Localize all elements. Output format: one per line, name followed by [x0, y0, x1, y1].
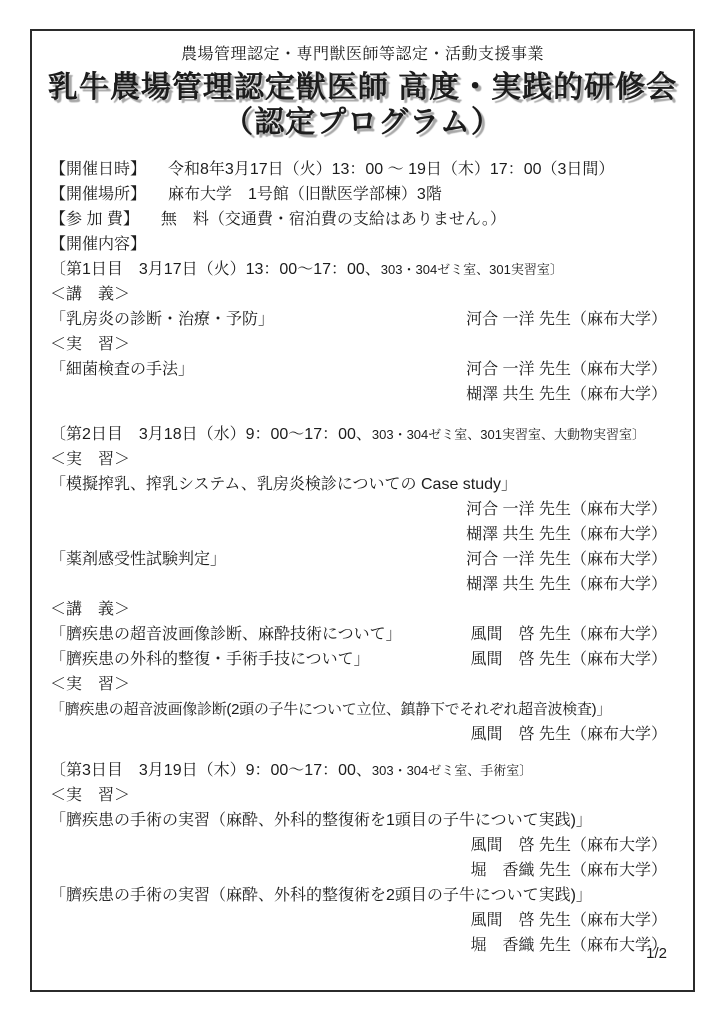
- session-row: 楜澤 共生 先生（麻布大学）: [50, 522, 667, 547]
- session-row: 「細菌検査の手法」河合 一洋 先生（麻布大学）: [50, 357, 667, 382]
- instructor-name: 風間 啓 先生（麻布大学）: [471, 908, 667, 933]
- document-title-line2: （認定プログラム）: [32, 105, 693, 140]
- day3-section: 〔第3日目 3月19日（木）9：00～17：00、303・304ゼミ室、手術室〕…: [50, 758, 667, 958]
- instructor-name: 風間 啓 先生（麻布大学）: [471, 647, 667, 672]
- info-row-fee: 【参 加 費】無 料（交通費・宿泊費の支給はありません。）: [50, 207, 667, 232]
- marker-label: ＜講 義＞: [50, 282, 130, 307]
- session-row: 風間 啓 先生（麻布大学）: [50, 833, 667, 858]
- day-header-rooms: 303・304ゼミ室、手術室〕: [372, 763, 532, 778]
- instructor-name: 楜澤 共生 先生（麻布大学）: [466, 572, 667, 597]
- session-row: 河合 一洋 先生（麻布大学）: [50, 497, 667, 522]
- day-header-rooms: 303・304ゼミ室、301実習室、大動物実習室〕: [372, 427, 645, 442]
- day1-section: 〔第1日目 3月17日（火）13：00～17：00、303・304ゼミ室、301…: [50, 257, 667, 407]
- session-row: 「模擬搾乳、搾乳システム、乳房炎検診についての Case study」: [50, 472, 667, 497]
- section-marker: ＜実 習＞: [50, 783, 667, 808]
- day-header-main: 〔第3日目 3月19日（木）9：00～17：00、: [50, 762, 372, 779]
- session-title: 「模擬搾乳、搾乳システム、乳房炎検診についての Case study」: [50, 472, 517, 497]
- session-row: 「臍疾患の超音波画像診断(2頭の子牛について立位、鎮静下でそれぞれ超音波検査)」: [50, 697, 667, 722]
- instructor-name: 河合 一洋 先生（麻布大学）: [466, 307, 667, 332]
- session-title: 「乳房炎の診断・治療・予防」: [50, 307, 274, 332]
- instructor-name: 堀 香織 先生（麻布大学）: [471, 858, 667, 883]
- day-header-main: 〔第2日目 3月18日（水）9：00～17：00、: [50, 426, 372, 443]
- section-marker: ＜実 習＞: [50, 447, 667, 472]
- info-label: 【開催日時】: [50, 157, 146, 182]
- day3-header: 〔第3日目 3月19日（木）9：00～17：00、303・304ゼミ室、手術室〕: [50, 758, 667, 783]
- instructor-name: 河合 一洋 先生（麻布大学）: [466, 357, 667, 382]
- session-row: 堀 香織 先生（麻布大学）: [50, 858, 667, 883]
- day-header-main: 〔第1日目 3月17日（火）13：00～17：00、: [50, 261, 381, 278]
- document-title: 乳牛農場管理認定獣医師 高度・実践的研修会 （認定プログラム）: [32, 70, 693, 140]
- session-title: 「臍疾患の手術の実習（麻酔、外科的整復術を1頭目の子牛について実践)」: [50, 808, 592, 833]
- session-title: 「臍疾患の超音波画像診断、麻酔技術について」: [50, 622, 402, 647]
- info-row-contents: 【開催内容】: [50, 232, 667, 257]
- session-title: 「臍疾患の超音波画像診断(2頭の子牛について立位、鎮静下でそれぞれ超音波検査)」: [50, 697, 611, 722]
- session-row: 風間 啓 先生（麻布大学）: [50, 908, 667, 933]
- session-row: 「薬剤感受性試験判定」河合 一洋 先生（麻布大学）: [50, 547, 667, 572]
- info-label: 【開催内容】: [50, 232, 146, 257]
- info-value: 麻布大学 1号館（旧獣医学部棟）3階: [168, 186, 442, 203]
- section-marker: ＜実 習＞: [50, 332, 667, 357]
- session-row: 風間 啓 先生（麻布大学）: [50, 722, 667, 747]
- session-title: 「細菌検査の手法」: [50, 357, 194, 382]
- info-label: 【参 加 費】: [50, 207, 139, 232]
- session-title: 「薬剤感受性試験判定」: [50, 547, 226, 572]
- program-tagline: 農場管理認定・専門獣医師等認定・活動支援事業: [32, 44, 693, 66]
- document-page: 農場管理認定・専門獣医師等認定・活動支援事業 乳牛農場管理認定獣医師 高度・実践…: [30, 29, 695, 992]
- session-row: 「臍疾患の手術の実習（麻酔、外科的整復術を2頭目の子牛について実践)」: [50, 883, 667, 908]
- instructor-name: 楜澤 共生 先生（麻布大学）: [466, 522, 667, 547]
- session-title: 「臍疾患の外科的整復・手術手技について」: [50, 647, 370, 672]
- instructor-name: 風間 啓 先生（麻布大学）: [471, 833, 667, 858]
- session-row: 「臍疾患の外科的整復・手術手技について」風間 啓 先生（麻布大学）: [50, 647, 667, 672]
- info-label: 【開催場所】: [50, 182, 146, 207]
- marker-label: ＜講 義＞: [50, 597, 130, 622]
- info-value: 無 料（交通費・宿泊費の支給はありません。）: [161, 211, 506, 228]
- instructor-name: 河合 一洋 先生（麻布大学）: [466, 547, 667, 572]
- session-row: 楜澤 共生 先生（麻布大学）: [50, 382, 667, 407]
- document-body: 【開催日時】令和8年3月17日（火）13：00 ～ 19日（木）17：00（3日…: [50, 157, 667, 958]
- session-row: 楜澤 共生 先生（麻布大学）: [50, 572, 667, 597]
- session-title: 「臍疾患の手術の実習（麻酔、外科的整復術を2頭目の子牛について実践)」: [50, 883, 592, 908]
- session-row: 「臍疾患の超音波画像診断、麻酔技術について」風間 啓 先生（麻布大学）: [50, 622, 667, 647]
- session-row: 「臍疾患の手術の実習（麻酔、外科的整復術を1頭目の子牛について実践)」: [50, 808, 667, 833]
- instructor-name: 楜澤 共生 先生（麻布大学）: [466, 382, 667, 407]
- section-marker: ＜講 義＞: [50, 597, 667, 622]
- section-marker: ＜実 習＞: [50, 672, 667, 697]
- session-row: 堀 香織 先生（麻布大学）: [50, 933, 667, 958]
- marker-label: ＜実 習＞: [50, 783, 130, 808]
- marker-label: ＜実 習＞: [50, 332, 130, 357]
- marker-label: ＜実 習＞: [50, 672, 130, 697]
- session-row: 「乳房炎の診断・治療・予防」河合 一洋 先生（麻布大学）: [50, 307, 667, 332]
- day2-section: 〔第2日目 3月18日（水）9：00～17：00、303・304ゼミ室、301実…: [50, 422, 667, 747]
- day-header-rooms: 303・304ゼミ室、301実習室〕: [381, 262, 563, 277]
- marker-label: ＜実 習＞: [50, 447, 130, 472]
- info-value: 令和8年3月17日（火）13：00 ～ 19日（木）17：00（3日間）: [168, 161, 614, 178]
- instructor-name: 河合 一洋 先生（麻布大学）: [466, 497, 667, 522]
- instructor-name: 風間 啓 先生（麻布大学）: [471, 622, 667, 647]
- info-row-datetime: 【開催日時】令和8年3月17日（火）13：00 ～ 19日（木）17：00（3日…: [50, 157, 667, 182]
- section-marker: ＜講 義＞: [50, 282, 667, 307]
- page-number: 1/2: [646, 945, 667, 962]
- instructor-name: 風間 啓 先生（麻布大学）: [471, 722, 667, 747]
- info-row-venue: 【開催場所】麻布大学 1号館（旧獣医学部棟）3階: [50, 182, 667, 207]
- document-title-line1: 乳牛農場管理認定獣医師 高度・実践的研修会: [32, 70, 693, 105]
- day2-header: 〔第2日目 3月18日（水）9：00～17：00、303・304ゼミ室、301実…: [50, 422, 667, 447]
- day1-header: 〔第1日目 3月17日（火）13：00～17：00、303・304ゼミ室、301…: [50, 257, 667, 282]
- instructor-name: 堀 香織 先生（麻布大学）: [471, 933, 667, 958]
